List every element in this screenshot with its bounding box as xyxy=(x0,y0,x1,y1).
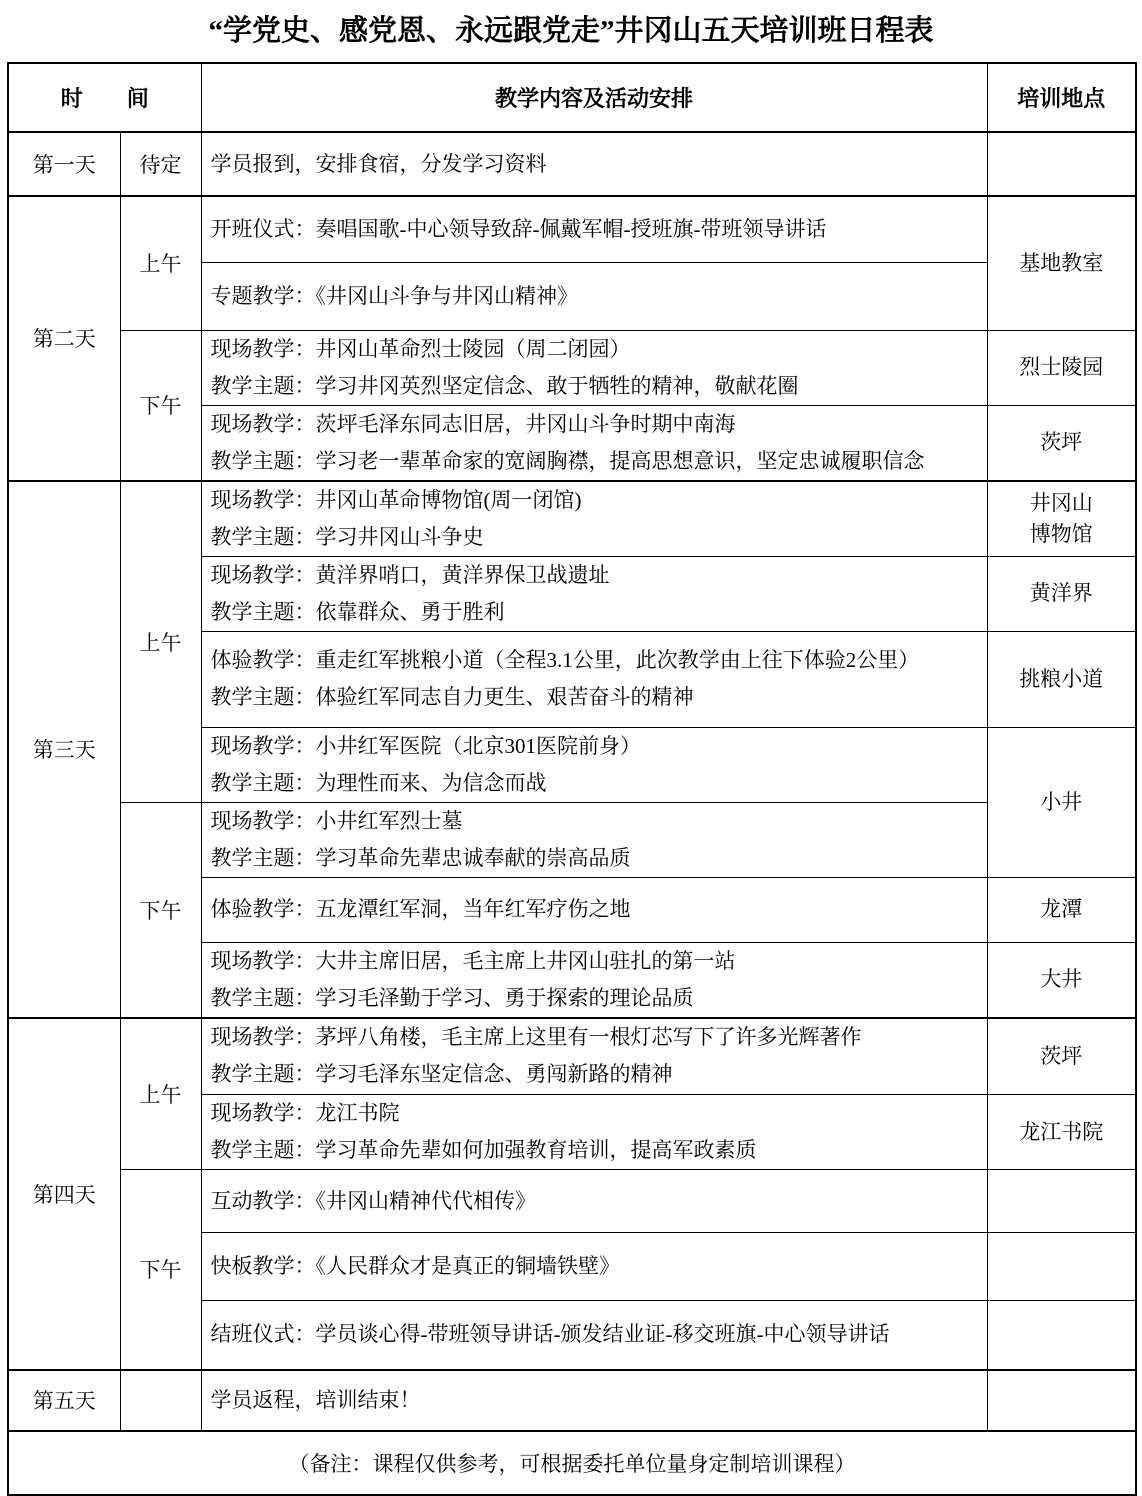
location-line: 基地教室 xyxy=(988,248,1136,279)
table-row: 第三天 上午 现场教学：井冈山革命博物馆(周一闭馆) 教学主题：学习井冈山斗争史… xyxy=(8,481,1136,557)
content-line: 教学主题：学习毛泽东坚定信念、勇闯新路的精神 xyxy=(211,1056,981,1093)
header-row: 时 间 教学内容及活动安排 培训地点 xyxy=(8,63,1136,132)
content-line: 结班仪式：学员谈心得-带班领导讲话-颁发结业证-移交班旗-中心领导讲话 xyxy=(211,1316,981,1353)
table-row: 第四天 上午 现场教学：茅坪八角楼，毛主席上这里有一根灯芯写下了许多光辉著作 教… xyxy=(8,1018,1136,1095)
content-line: 开班仪式：奏唱国歌-中心领导致辞-佩戴军帽-授班旗-带班领导讲话 xyxy=(211,211,981,248)
period-cell: 下午 xyxy=(120,330,201,481)
table-row: 下午 现场教学：井冈山革命烈士陵园（周二闭园） 教学主题：学习井冈英烈坚定信念、… xyxy=(8,330,1136,405)
day-cell: 第二天 xyxy=(8,196,120,481)
period-cell: 下午 xyxy=(120,802,201,1018)
footer-note: （备注：课程仅供参考，可根据委托单位量身定制培训课程） xyxy=(8,1431,1136,1495)
location-cell: 黄洋界 xyxy=(987,556,1136,631)
content-line: 教学主题：学习老一辈革命家的宽阔胸襟，提高思想意识，坚定忠诚履职信念 xyxy=(211,443,981,480)
content-line: 现场教学：黄洋界哨口，黄洋界保卫战遗址 xyxy=(211,557,981,594)
content-line: 现场教学：大井主席旧居，毛主席上井冈山驻扎的第一站 xyxy=(211,943,981,980)
content-cell: 现场教学：小井红军烈士墓 教学主题：学习革命先辈忠诚奉献的崇高品质 xyxy=(201,802,987,877)
location-line: 黄洋界 xyxy=(988,578,1136,609)
table-row: 下午 现场教学：小井红军烈士墓 教学主题：学习革命先辈忠诚奉献的崇高品质 xyxy=(8,802,1136,877)
content-cell: 开班仪式：奏唱国歌-中心领导致辞-佩戴军帽-授班旗-带班领导讲话 xyxy=(201,196,987,262)
content-line: 教学主题：学习井冈英烈坚定信念、敢于牺牲的精神，敬献花圈 xyxy=(211,368,981,405)
document-page: “学党史、感党恩、永远跟党走”井冈山五天培训班日程表 时 间 教学内容及活动安排… xyxy=(0,0,1142,1453)
content-line: 现场教学：茨坪毛泽东同志旧居，井冈山斗争时期中南海 xyxy=(211,406,981,443)
content-line: 现场教学：小井红军医院（北京301医院前身） xyxy=(211,728,981,765)
content-line: 学员返程，培训结束！ xyxy=(211,1382,981,1419)
location-cell: 基地教室 xyxy=(987,196,1136,330)
location-line: 烈士陵园 xyxy=(988,352,1136,383)
content-line: 互动教学：《井冈山精神代代相传》 xyxy=(211,1183,981,1220)
period-cell xyxy=(120,1370,201,1431)
period-cell: 上午 xyxy=(120,1018,201,1170)
content-cell: 学员报到，安排食宿，分发学习资料 xyxy=(201,132,987,196)
content-line: 现场教学：井冈山革命烈士陵园（周二闭园） xyxy=(211,331,981,368)
content-line: 现场教学：小井红军烈士墓 xyxy=(211,803,981,840)
content-line: 教学主题：学习革命先辈如何加强教育培训，提高军政素质 xyxy=(211,1132,981,1169)
location-cell xyxy=(987,132,1136,196)
location-cell xyxy=(987,1170,1136,1233)
day-cell: 第四天 xyxy=(8,1018,120,1370)
content-cell: 学员返程，培训结束！ xyxy=(201,1370,987,1431)
content-cell: 体验教学：五龙潭红军洞，当年红军疗伤之地 xyxy=(201,877,987,942)
content-cell: 现场教学：茅坪八角楼，毛主席上这里有一根灯芯写下了许多光辉著作 教学主题：学习毛… xyxy=(201,1018,987,1095)
column-header-content: 教学内容及活动安排 xyxy=(201,63,987,132)
location-cell: 井冈山 博物馆 xyxy=(987,481,1136,557)
content-line: 快板教学：《人民群众才是真正的铜墙铁壁》 xyxy=(211,1248,981,1285)
location-cell: 挑粮小道 xyxy=(987,631,1136,727)
content-cell: 结班仪式：学员谈心得-带班领导讲话-颁发结业证-移交班旗-中心领导讲话 xyxy=(201,1301,987,1370)
day-cell: 第一天 xyxy=(8,132,120,196)
day-cell: 第五天 xyxy=(8,1370,120,1431)
page-title: “学党史、感党恩、永远跟党走”井冈山五天培训班日程表 xyxy=(0,0,1142,62)
location-cell: 烈士陵园 xyxy=(987,330,1136,405)
table-row: 第五天 学员返程，培训结束！ xyxy=(8,1370,1136,1431)
content-cell: 现场教学：大井主席旧居，毛主席上井冈山驻扎的第一站 教学主题：学习毛泽勤于学习、… xyxy=(201,942,987,1018)
location-cell: 龙江书院 xyxy=(987,1095,1136,1170)
content-line: 学员报到，安排食宿，分发学习资料 xyxy=(211,146,981,183)
content-line: 教学主题：为理性而来、为信念而战 xyxy=(211,765,981,802)
content-line: 专题教学：《井冈山斗争与井冈山精神》 xyxy=(211,278,981,315)
content-line: 教学主题：体验红军同志自力更生、艰苦奋斗的精神 xyxy=(211,679,981,716)
table-row: 第二天 上午 开班仪式：奏唱国歌-中心领导致辞-佩戴军帽-授班旗-带班领导讲话 … xyxy=(8,196,1136,262)
location-cell: 大井 xyxy=(987,942,1136,1018)
content-cell: 互动教学：《井冈山精神代代相传》 xyxy=(201,1170,987,1233)
content-cell: 现场教学：井冈山革命烈士陵园（周二闭园） 教学主题：学习井冈英烈坚定信念、敢于牺… xyxy=(201,330,987,405)
period-cell: 下午 xyxy=(120,1170,201,1370)
column-header-time: 时 间 xyxy=(8,63,201,132)
location-line: 挑粮小道 xyxy=(988,664,1136,695)
location-cell xyxy=(987,1233,1136,1301)
location-line: 龙江书院 xyxy=(988,1117,1136,1148)
period-cell: 上午 xyxy=(120,481,201,803)
table-row: 第一天 待定 学员报到，安排食宿，分发学习资料 xyxy=(8,132,1136,196)
location-cell: 小井 xyxy=(987,727,1136,877)
day-cell: 第三天 xyxy=(8,481,120,1018)
location-cell: 茨坪 xyxy=(987,1018,1136,1095)
location-cell: 龙潭 xyxy=(987,877,1136,942)
location-line: 井冈山 xyxy=(988,488,1136,519)
period-cell: 上午 xyxy=(120,196,201,330)
period-cell: 待定 xyxy=(120,132,201,196)
content-line: 体验教学：五龙潭红军洞，当年红军疗伤之地 xyxy=(211,891,981,928)
content-cell: 体验教学：重走红军挑粮小道（全程3.1公里，此次教学由上往下体验2公里） 教学主… xyxy=(201,631,987,727)
content-cell: 专题教学：《井冈山斗争与井冈山精神》 xyxy=(201,262,987,330)
table-row: （备注：课程仅供参考，可根据委托单位量身定制培训课程） xyxy=(8,1431,1136,1495)
content-cell: 现场教学：井冈山革命博物馆(周一闭馆) 教学主题：学习井冈山斗争史 xyxy=(201,481,987,557)
content-line: 现场教学：龙江书院 xyxy=(211,1095,981,1132)
location-line: 博物馆 xyxy=(988,519,1136,550)
column-header-location: 培训地点 xyxy=(987,63,1136,132)
location-cell xyxy=(987,1370,1136,1431)
location-line: 小井 xyxy=(988,787,1136,818)
content-cell: 现场教学：茨坪毛泽东同志旧居，井冈山斗争时期中南海 教学主题：学习老一辈革命家的… xyxy=(201,405,987,481)
content-cell: 现场教学：龙江书院 教学主题：学习革命先辈如何加强教育培训，提高军政素质 xyxy=(201,1095,987,1170)
content-line: 现场教学：茅坪八角楼，毛主席上这里有一根灯芯写下了许多光辉著作 xyxy=(211,1019,981,1056)
content-line: 体验教学：重走红军挑粮小道（全程3.1公里，此次教学由上往下体验2公里） xyxy=(211,642,981,679)
content-cell: 现场教学：小井红军医院（北京301医院前身） 教学主题：为理性而来、为信念而战 xyxy=(201,727,987,802)
location-line: 茨坪 xyxy=(988,427,1136,458)
location-cell: 茨坪 xyxy=(987,405,1136,481)
content-line: 教学主题：学习毛泽勤于学习、勇于探索的理论品质 xyxy=(211,980,981,1017)
content-line: 教学主题：学习井冈山斗争史 xyxy=(211,519,981,556)
location-cell xyxy=(987,1301,1136,1370)
table-row: 下午 互动教学：《井冈山精神代代相传》 xyxy=(8,1170,1136,1233)
content-cell: 现场教学：黄洋界哨口，黄洋界保卫战遗址 教学主题：依靠群众、勇于胜利 xyxy=(201,556,987,631)
location-line: 茨坪 xyxy=(988,1041,1136,1072)
content-cell: 快板教学：《人民群众才是真正的铜墙铁壁》 xyxy=(201,1233,987,1301)
schedule-table: 时 间 教学内容及活动安排 培训地点 第一天 待定 学员报到，安排食宿，分发学习… xyxy=(7,62,1137,1496)
content-line: 现场教学：井冈山革命博物馆(周一闭馆) xyxy=(211,482,981,519)
location-line: 龙潭 xyxy=(988,894,1136,925)
location-line: 大井 xyxy=(988,964,1136,995)
content-line: 教学主题：依靠群众、勇于胜利 xyxy=(211,594,981,631)
content-line: 教学主题：学习革命先辈忠诚奉献的崇高品质 xyxy=(211,840,981,877)
